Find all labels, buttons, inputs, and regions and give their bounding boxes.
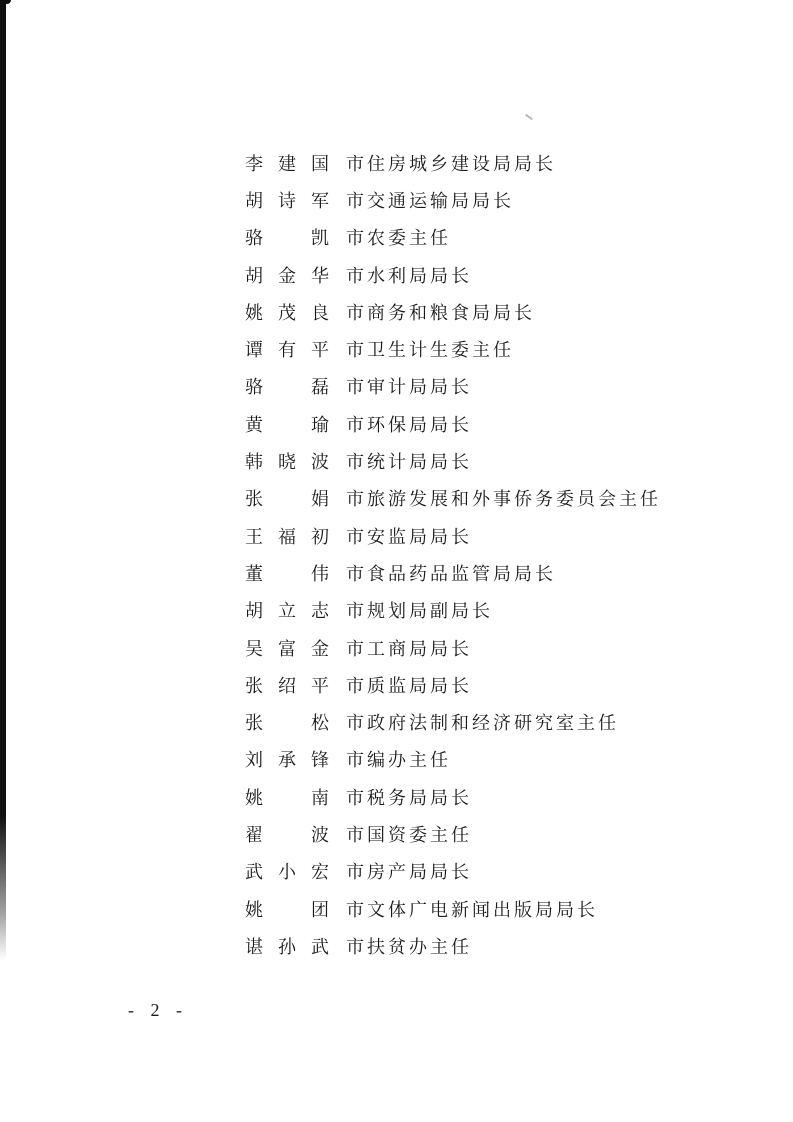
- person-name: 张娟: [245, 485, 329, 511]
- person-title: 市安监局局长: [346, 523, 472, 549]
- person-title: 市旅游发展和外事侨务委员会主任: [346, 485, 661, 511]
- person-title: 市编办主任: [346, 746, 451, 772]
- roster-row: 姚茂良市商务和粮食局局长: [245, 293, 661, 330]
- person-title: 市食品药品监管局局长: [346, 560, 556, 586]
- roster-row: 骆凯市农委主任: [245, 219, 661, 256]
- roster-row: 韩晓波市统计局局长: [245, 442, 661, 479]
- person-name: 吴富金: [245, 635, 329, 661]
- person-title: 市水利局局长: [346, 262, 472, 288]
- person-name: 王福初: [245, 523, 329, 549]
- person-title: 市质监局局长: [346, 672, 472, 698]
- person-title: 市农委主任: [346, 224, 451, 250]
- person-title: 市规划局副局长: [346, 597, 493, 623]
- roster-row: 姚团市文体广电新闻出版局局长: [245, 890, 661, 927]
- roster-row: 吴富金市工商局局长: [245, 629, 661, 666]
- roster-row: 胡立志市规划局副局长: [245, 592, 661, 629]
- roster-row: 王福初市安监局局长: [245, 517, 661, 554]
- scan-corner-mark: [3, 0, 11, 4]
- person-name: 姚南: [245, 784, 329, 810]
- roster-list: 李建国市住房城乡建设局局长 胡诗军市交通运输局局长 骆凯市农委主任 胡金华市水利…: [245, 144, 661, 965]
- person-title: 市商务和粮食局局长: [346, 299, 535, 325]
- person-title: 市文体广电新闻出版局局长: [346, 896, 598, 922]
- roster-row: 张松市政府法制和经济研究室主任: [245, 703, 661, 740]
- roster-row: 武小宏市房产局局长: [245, 853, 661, 890]
- person-name: 刘承锋: [245, 746, 329, 772]
- person-title: 市工商局局长: [346, 635, 472, 661]
- person-name: 张松: [245, 709, 329, 735]
- person-name: 张绍平: [245, 672, 329, 698]
- person-title: 市政府法制和经济研究室主任: [346, 709, 619, 735]
- page-number: - 2 -: [128, 1000, 188, 1021]
- person-title: 市交通运输局局长: [346, 187, 514, 213]
- roster-row: 董伟市食品药品监管局局长: [245, 554, 661, 591]
- person-name: 李建国: [245, 150, 329, 176]
- roster-row: 张绍平市质监局局长: [245, 666, 661, 703]
- person-name: 董伟: [245, 560, 329, 586]
- roster-row: 胡诗军市交通运输局局长: [245, 181, 661, 218]
- person-name: 谭有平: [245, 336, 329, 362]
- person-title: 市扶贫办主任: [346, 933, 472, 959]
- person-title: 市税务局局长: [346, 784, 472, 810]
- person-name: 翟波: [245, 821, 329, 847]
- person-title: 市环保局局长: [346, 411, 472, 437]
- roster-row: 谌孙武市扶贫办主任: [245, 927, 661, 964]
- person-name: 骆磊: [245, 373, 329, 399]
- roster-row: 刘承锋市编办主任: [245, 741, 661, 778]
- roster-row: 张娟市旅游发展和外事侨务委员会主任: [245, 480, 661, 517]
- person-name: 韩晓波: [245, 448, 329, 474]
- roster-row: 李建国市住房城乡建设局局长: [245, 144, 661, 181]
- roster-row: 谭有平市卫生计生委主任: [245, 330, 661, 367]
- person-name: 骆凯: [245, 224, 329, 250]
- person-name: 姚茂良: [245, 299, 329, 325]
- scan-speck: [525, 114, 533, 120]
- person-name: 胡金华: [245, 262, 329, 288]
- person-title: 市审计局局长: [346, 373, 472, 399]
- person-name: 武小宏: [245, 858, 329, 884]
- roster-row: 胡金华市水利局局长: [245, 256, 661, 293]
- scan-left-edge: [0, 0, 6, 960]
- person-name: 胡立志: [245, 597, 329, 623]
- person-name: 姚团: [245, 896, 329, 922]
- roster-row: 翟波市国资委主任: [245, 815, 661, 852]
- person-name: 胡诗军: [245, 187, 329, 213]
- roster-row: 黄瑜市环保局局长: [245, 405, 661, 442]
- roster-row: 姚南市税务局局长: [245, 778, 661, 815]
- person-name: 谌孙武: [245, 933, 329, 959]
- person-title: 市卫生计生委主任: [346, 336, 514, 362]
- person-title: 市统计局局长: [346, 448, 472, 474]
- person-title: 市住房城乡建设局局长: [346, 150, 556, 176]
- person-title: 市国资委主任: [346, 821, 472, 847]
- person-name: 黄瑜: [245, 411, 329, 437]
- roster-row: 骆磊市审计局局长: [245, 368, 661, 405]
- person-title: 市房产局局长: [346, 858, 472, 884]
